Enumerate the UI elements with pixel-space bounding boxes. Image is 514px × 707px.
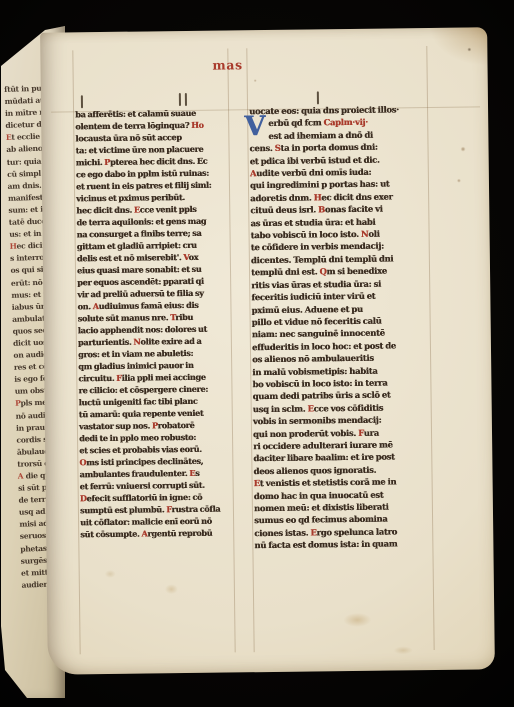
body-text: uocate eos: quia dns proiecit illos·: [249, 104, 399, 116]
body-text: ritis vias ūras et studia ūra: si: [251, 278, 381, 290]
body-text: gros: et in viam ne abuletis:: [78, 348, 193, 359]
manuscript-photo: ſtūt in puali hōmūdati auribs fuiātin mī…: [0, 0, 514, 707]
body-text: hec dicit dns.: [76, 205, 134, 216]
ascender-flourish: [179, 93, 181, 106]
body-text: ilia ppli mei accinge: [122, 372, 206, 383]
body-text: quam dedi patribs ūris a sclō et: [252, 390, 390, 402]
body-text: bo vobiscū in loco isto: in terra: [252, 377, 387, 389]
manuscript-line: et ruent in eis patres et filij siml:: [76, 178, 229, 192]
body-text: ba afferētis: et calamū suaue: [75, 108, 196, 119]
body-text: niam: nec sanguinē innocentē: [252, 328, 385, 340]
running-title: mas: [212, 57, 242, 72]
manuscript-line: sūt cōsumpte. Argentū reprobū: [80, 526, 233, 540]
body-text: per equos ascendēt: pparati qi: [77, 276, 204, 288]
body-text: luctū unigeniti fac tibi planc: [79, 396, 198, 407]
body-text: effuderitis in loco hoc: et post de: [252, 340, 396, 352]
body-text: ms isti principes declinātes,: [86, 456, 203, 467]
body-text: tabo vobiscū in loco isto.: [251, 229, 361, 240]
body-text: olite exire ad a: [140, 336, 201, 347]
body-text: et ruent in eis patres et filij siml:: [76, 180, 211, 192]
body-text: usq in sclm.: [253, 403, 308, 414]
text-column-left: ba afferētis: et calamū suaueolentem de …: [75, 106, 233, 540]
body-text: gittam et gladiū arripiet: cru: [77, 240, 197, 251]
body-text: robatorē: [158, 420, 195, 430]
body-text: udite verbū dni omīs iuda:: [256, 167, 371, 178]
stain: [105, 570, 116, 578]
body-text: michi.: [76, 157, 105, 167]
body-text: sūt cōsumpte.: [80, 529, 141, 540]
body-text: et pdica ibi verbū istud et dic.: [250, 154, 380, 166]
stain: [394, 646, 413, 654]
body-text: rgentū reprobū: [147, 528, 212, 539]
body-text: tū amarū: quia repente veniet: [79, 408, 204, 420]
body-text: feceritis iudiciū inter virū et: [251, 291, 375, 303]
body-text: ura: [364, 427, 379, 437]
body-text: cce venit ppls: [140, 204, 197, 215]
body-text: in malū vobismetipis: habita: [252, 365, 377, 377]
manuscript-line: nū facta est domus ista: in quam: [254, 537, 432, 552]
body-text: et scies et probabis vias eorū.: [79, 444, 202, 455]
body-text: udiuimus famā eius: dis: [98, 300, 198, 311]
body-text: pximū eius. Aduene et pu: [251, 303, 362, 314]
body-text: rgo spelunca latro: [316, 526, 397, 537]
body-text: ambulantes fraudulenter.: [79, 468, 189, 479]
body-text: de terra aquilonis: et gens mag: [76, 216, 206, 228]
body-text: circuitu.: [78, 373, 116, 383]
body-text: cens.: [249, 143, 274, 153]
body-text: deos alienos quos ignoratis.: [253, 464, 376, 475]
body-text: ox: [188, 252, 198, 262]
body-text: delis est et nō miserebit'.: [77, 252, 183, 263]
rubricated-text: Ho: [191, 120, 204, 130]
body-text: ce ego dabo in pplm istū ruinas:: [76, 168, 209, 180]
rubricated-text: Caplm·vij·: [323, 117, 368, 128]
body-text: ta in porta domus dni:: [280, 142, 377, 153]
body-text: vicinus et pximus peribūt.: [76, 192, 185, 203]
stain: [457, 179, 461, 183]
body-text: dicentes. Templū dni templū dni: [251, 253, 393, 265]
body-text: pillo et vidue nō feceritis calū: [252, 316, 382, 328]
body-text: vir ad preliū aduersū te filia sy: [77, 288, 203, 300]
body-text: et ferrū: vniuersi corrupti sūt.: [80, 480, 205, 492]
body-text: eius quasi mare sonabit: et su: [77, 264, 201, 276]
stain: [165, 584, 178, 594]
illuminated-initial-V: V: [244, 115, 264, 139]
body-text: parturientis.: [78, 337, 133, 348]
stain: [254, 79, 257, 82]
body-text: ciones istas.: [254, 527, 310, 538]
body-text: m si benedixe: [326, 266, 386, 277]
body-text: pterea hec dicit dns. Ec: [110, 156, 207, 167]
body-text: cituū deus isrl.: [250, 205, 318, 216]
body-text: sumus eo qd fecimus abomina: [254, 514, 387, 526]
body-text: na consurget a finibs terre; sa: [76, 228, 201, 240]
body-text: qui ingredimini p portas has: ut: [250, 179, 390, 191]
body-text: cce vos cōfiditis: [313, 402, 383, 413]
body-text: lacio apphendit nos: dolores ut: [78, 324, 207, 336]
body-text: est ad ihemiam a dnō di: [268, 130, 373, 141]
body-text: qm gladius inimici pauor in: [78, 360, 193, 371]
body-text: locausta ūra nō sūt accep: [75, 132, 181, 143]
body-text: t venistis et stetistis corā me in: [260, 477, 397, 489]
body-text: templū dni est.: [251, 267, 320, 278]
body-text: olentem de terra lōginqua?: [75, 120, 191, 131]
page-corner-discoloration: [391, 27, 488, 92]
body-text: oli: [368, 229, 379, 239]
body-text: s: [195, 468, 199, 478]
body-text: rustra cōfla: [171, 504, 220, 515]
body-text: am dnis.: [7, 180, 43, 190]
body-text: re cilicio: et cōspergere cinere:: [78, 384, 208, 396]
stain: [343, 613, 371, 627]
rubricated-text: N: [361, 229, 369, 239]
body-text: on.: [77, 301, 92, 311]
body-text: os alienos nō ambulaueritis: [252, 353, 374, 364]
body-text: dedi te in pplo meo robusto:: [79, 432, 196, 443]
body-text: solute sūt manus nre.: [78, 312, 171, 323]
body-text: nomen meū: et dixistis liberati: [254, 502, 389, 514]
ascender-flourish: [185, 93, 187, 106]
body-text: erbū qd fcm: [268, 118, 323, 129]
ascender-flourish: [317, 91, 319, 104]
body-text: ec dicit dns exer: [321, 191, 392, 202]
body-text: nū facta est domus ista: in quam: [254, 539, 397, 551]
body-text: as ūras et studia ūra: et habi: [250, 216, 375, 228]
stain: [461, 147, 466, 152]
body-text: ribu: [175, 312, 193, 322]
body-text: onas facite vi: [325, 204, 383, 215]
body-text: ri occidere adulterari iurare mē: [253, 439, 392, 451]
ascender-flourish: [81, 95, 83, 108]
body-text: domo hac in qua inuocatū est: [254, 489, 384, 501]
body-text: daciter libare baalim: et ire post: [253, 452, 394, 464]
body-text: te cōfidere in verbis mendacij:: [251, 241, 384, 253]
body-text: sumptū est plumbū.: [80, 504, 166, 515]
body-text: uit cōflator: malicie enī eorū nō: [80, 516, 212, 528]
manuscript-page: mas ba afferētis: et calamū suaueolentem…: [40, 27, 495, 674]
body-text: vobis in sermonibs mendacij:: [253, 415, 382, 427]
body-text: vastator sup nos.: [79, 420, 152, 431]
text-column-right: uocate eos: quia dns proiecit illos·erbū…: [249, 103, 432, 552]
body-text: ta: et victime ūre non placuere: [75, 144, 203, 156]
body-text: efecit sufflatoriū in igne: cō: [86, 492, 202, 503]
body-text: qui non proderūt vobis.: [253, 427, 358, 438]
body-text: adoretis dnm.: [250, 192, 314, 203]
